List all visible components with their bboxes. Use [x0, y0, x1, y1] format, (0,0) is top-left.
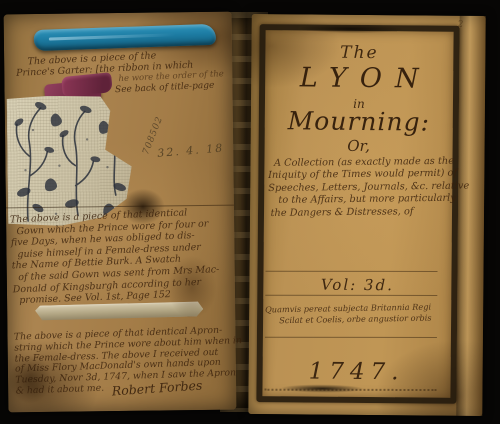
garter-ribbon-relic — [34, 24, 217, 51]
volume-label: Vol: 3d. — [263, 275, 451, 295]
ruled-line — [265, 295, 437, 296]
year-label: 1747. — [263, 358, 451, 386]
ink-smudge — [276, 22, 426, 35]
motto-line: Scilat et Coelis, orbe angustior orbis — [279, 312, 443, 326]
dotted-rule — [264, 389, 436, 391]
velvet-patch-fold — [61, 72, 113, 97]
photographed-manuscript-book: The above is a piece of the Prince's Gar… — [0, 0, 500, 424]
left-board: The above is a piece of the Prince's Gar… — [4, 12, 237, 413]
title-word-mourning: Mourning: — [265, 106, 453, 137]
title-page-border-frame: The LYON in Mourning: Or, A Collection (… — [256, 24, 459, 404]
page-fore-edge — [456, 16, 485, 416]
subtitle-paragraph: A Collection (as exactly made as the Ini… — [268, 156, 445, 220]
title-page: 2 The LYON in Mourning: Or, A Collection… — [248, 14, 485, 416]
title-word-lyon: LYON — [265, 62, 453, 95]
subtitle-line: to the Affairs, but more particularly — [278, 193, 444, 207]
shelfmark-number: 32. 4. 18 — [157, 141, 225, 159]
latin-motto: Quamvis pereat subjecta Britannia Regi S… — [265, 301, 443, 326]
title-word-or: Or, — [265, 136, 453, 156]
ruled-line — [266, 271, 438, 272]
ruled-line — [265, 337, 437, 338]
title-word-the: The — [265, 42, 453, 64]
subtitle-line: the Dangers & Distresses, of — [270, 205, 444, 220]
apron-note: The above is a piece of that identical A… — [14, 325, 236, 398]
gown-note: The above is a piece of that identical G… — [10, 206, 236, 308]
